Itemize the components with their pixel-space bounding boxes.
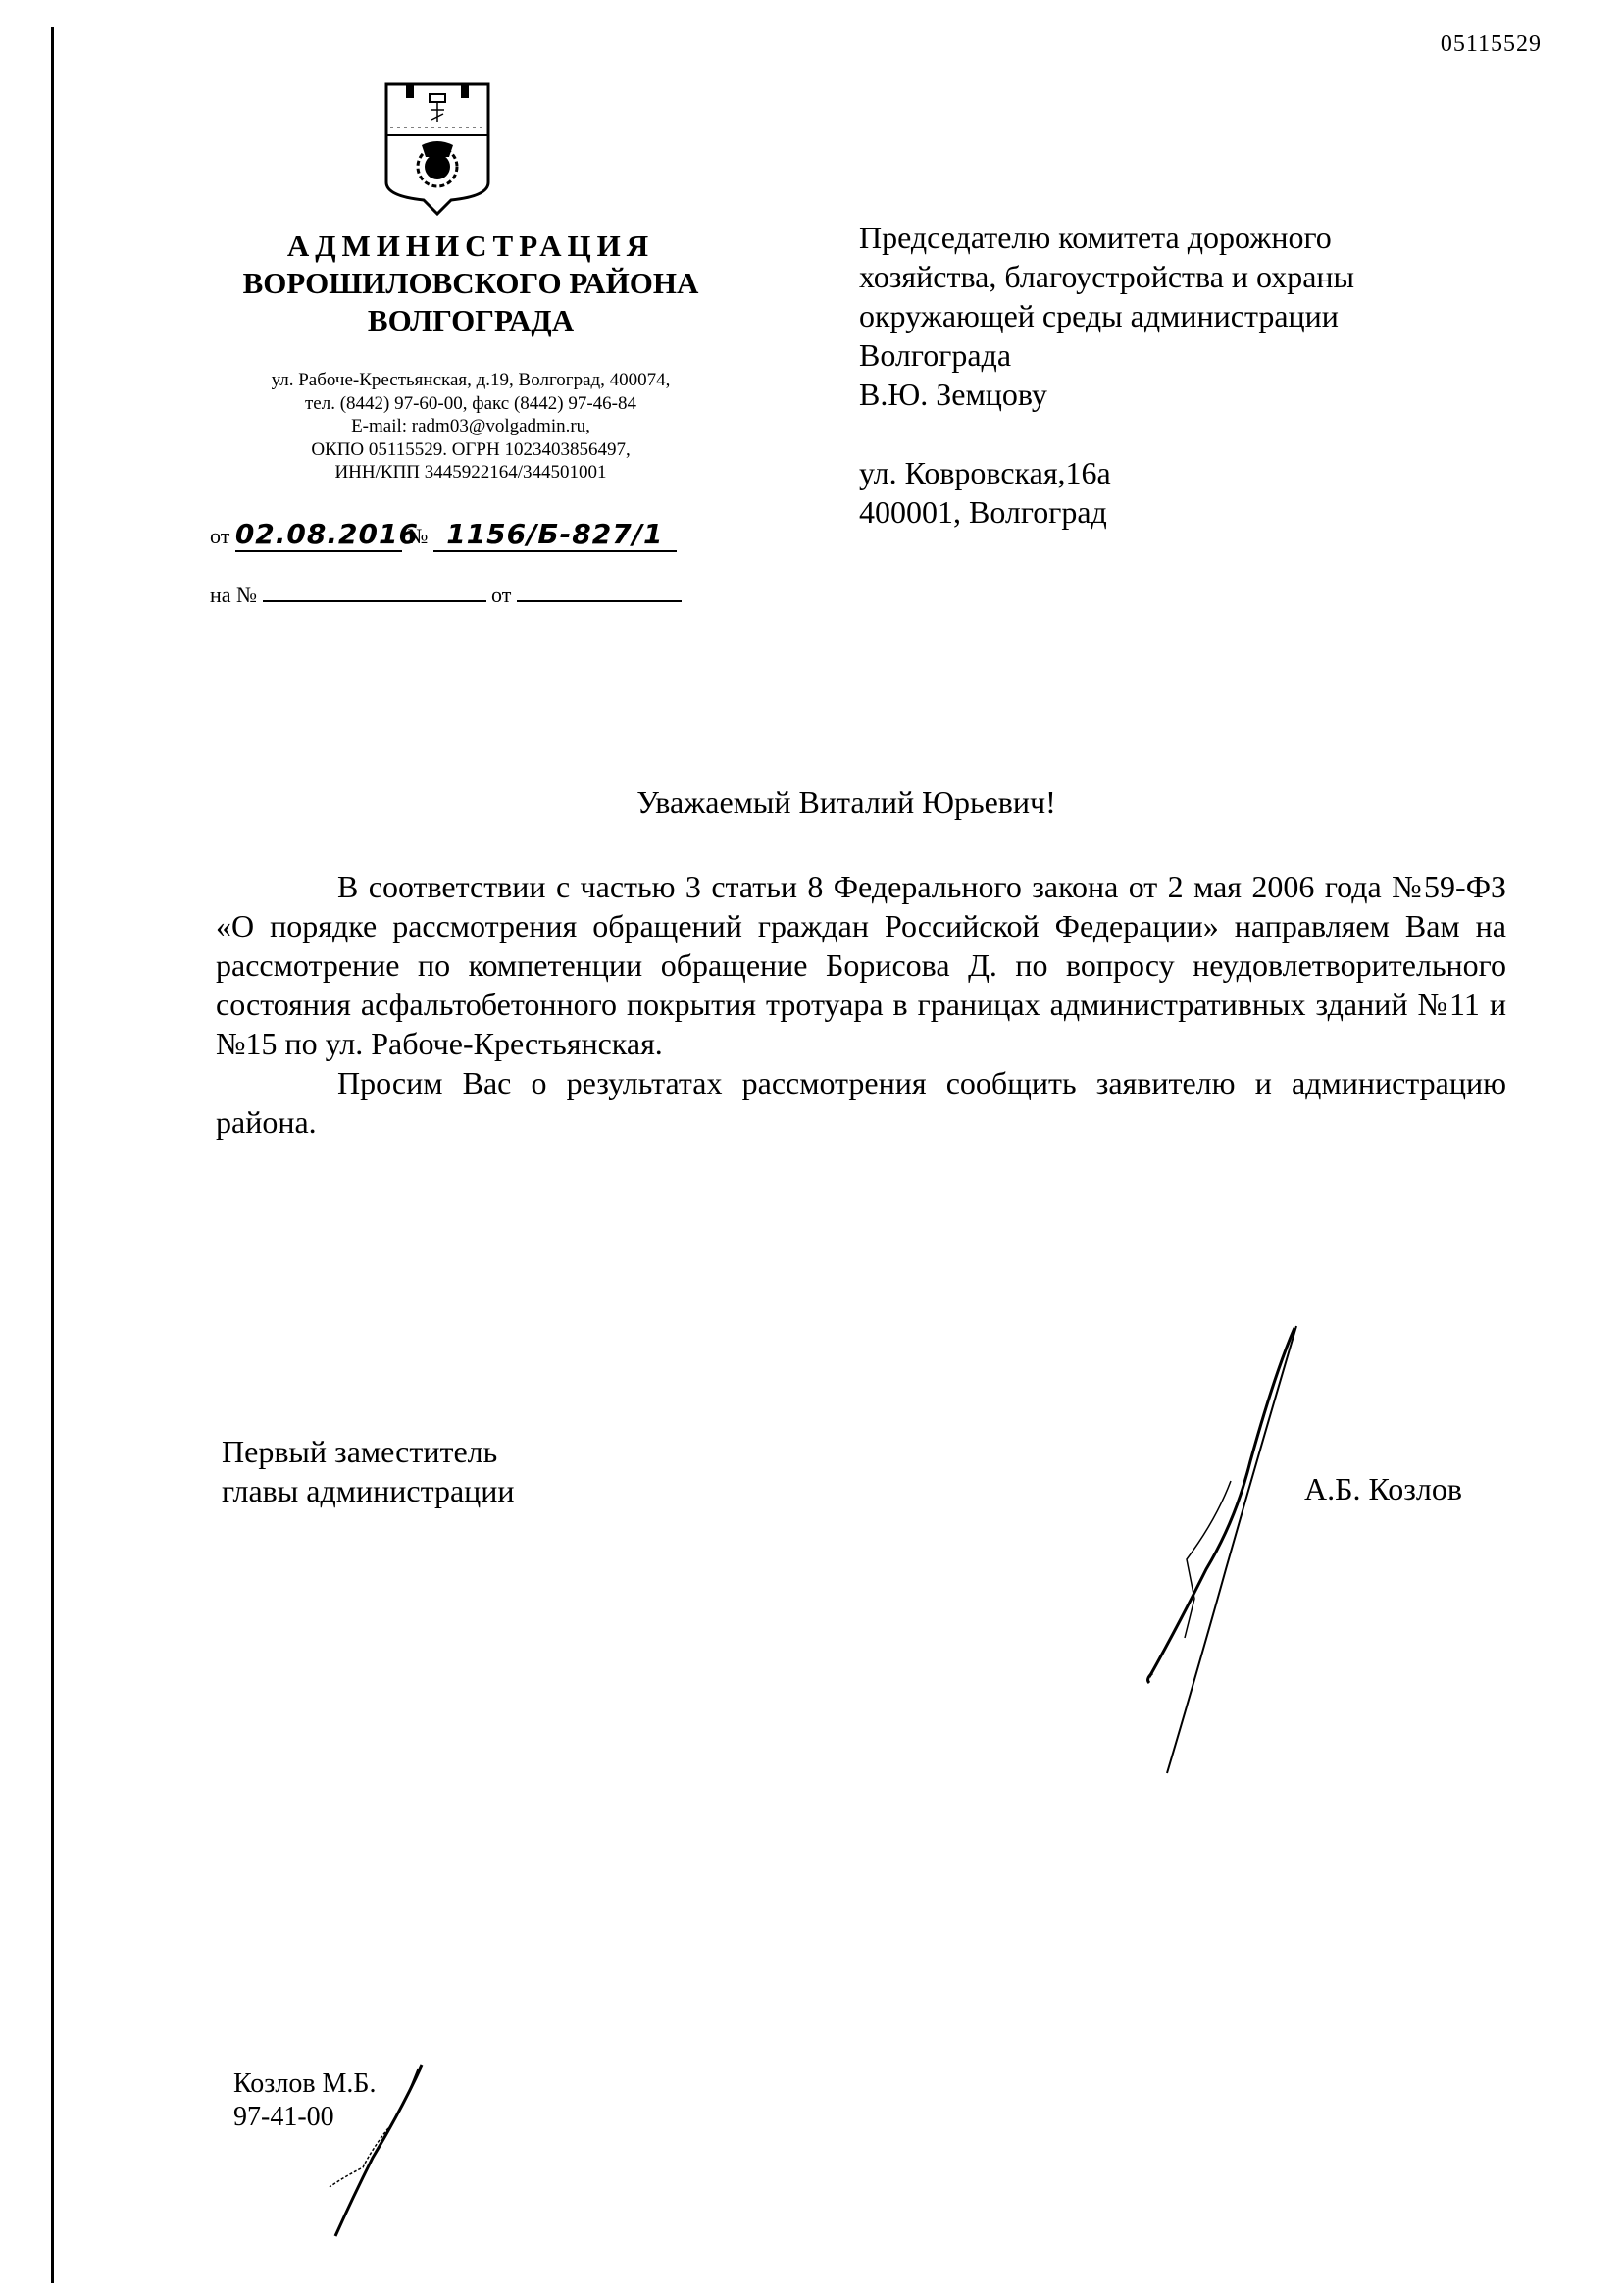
addressee-line-2: хозяйства, благоустройства и охраны xyxy=(859,257,1354,296)
sender-codes-2: ИНН/КПП 3445922164/344501001 xyxy=(196,461,745,484)
reply-from-label: от xyxy=(491,583,511,607)
sender-phones: тел. (8442) 97-60-00, факс (8442) 97-46-… xyxy=(196,392,745,416)
sender-email-link[interactable]: radm03@volgadmin.ru, xyxy=(412,416,590,436)
signer-name: А.Б. Козлов xyxy=(1304,1471,1462,1507)
outgoing-date: 02.08.2016 xyxy=(235,518,402,552)
org-name-line-1: АДМИНИСТРАЦИЯ xyxy=(196,228,745,265)
outgoing-number: 1156/Б-827/1 xyxy=(433,518,677,552)
executor-initials-icon xyxy=(294,2050,431,2246)
body-paragraph-1: В соответствии с частью 3 статьи 8 Федер… xyxy=(216,867,1506,1063)
reply-to-label: на № xyxy=(210,583,257,607)
addressee-block: Председателю комитета дорожного хозяйств… xyxy=(859,218,1354,532)
addressee-line-1: Председателю комитета дорожного xyxy=(859,218,1354,257)
org-name-line-2: ВОРОШИЛОВСКОГО РАЙОНА xyxy=(196,265,745,302)
document-code: 05115529 xyxy=(1441,31,1542,58)
addressee-city: 400001, Волгоград xyxy=(859,492,1354,532)
sender-email-row: E-mail: radm03@volgadmin.ru, xyxy=(196,415,745,438)
sender-contacts: ул. Рабоче-Крестьянская, д.19, Волгоград… xyxy=(196,369,745,484)
signer-title-line-2: главы администрации xyxy=(222,1471,515,1510)
greeting: Уважаемый Виталий Юрьевич! xyxy=(0,785,1624,821)
coat-of-arms-icon xyxy=(382,80,492,218)
letter-body: В соответствии с частью 3 статьи 8 Федер… xyxy=(216,867,1506,1142)
signer-title-line-1: Первый заместитель xyxy=(222,1432,515,1471)
reply-from-date-field xyxy=(517,579,682,602)
number-label: № xyxy=(407,524,428,548)
page-edge-line xyxy=(51,27,54,2283)
addressee-line-3: окружающей среды администрации xyxy=(859,296,1354,335)
org-name-line-3: ВОЛГОГРАДА xyxy=(196,302,745,339)
addressee-street: ул. Ковровская,16а xyxy=(859,453,1354,492)
handwritten-signature-icon xyxy=(1030,1314,1324,1775)
email-label: E-mail: xyxy=(351,416,412,436)
sender-address: ул. Рабоче-Крестьянская, д.19, Волгоград… xyxy=(196,369,745,392)
outgoing-reference-row: от 02.08.2016 № 1156/Б-827/1 xyxy=(210,518,677,552)
reply-to-number-field xyxy=(263,579,486,602)
sender-codes-1: ОКПО 05115529. ОГРН 1023403856497, xyxy=(196,438,745,462)
addressee-line-4: Волгограда xyxy=(859,335,1354,375)
sender-organization-name: АДМИНИСТРАЦИЯ ВОРОШИЛОВСКОГО РАЙОНА ВОЛГ… xyxy=(196,228,745,339)
addressee-spacer xyxy=(859,414,1354,453)
from-label: от xyxy=(210,524,229,548)
signer-title: Первый заместитель главы администрации xyxy=(222,1432,515,1510)
addressee-name: В.Ю. Земцову xyxy=(859,375,1354,414)
reply-reference-row: на № от xyxy=(210,579,682,608)
body-paragraph-2: Просим Вас о результатах рассмотрения со… xyxy=(216,1063,1506,1142)
